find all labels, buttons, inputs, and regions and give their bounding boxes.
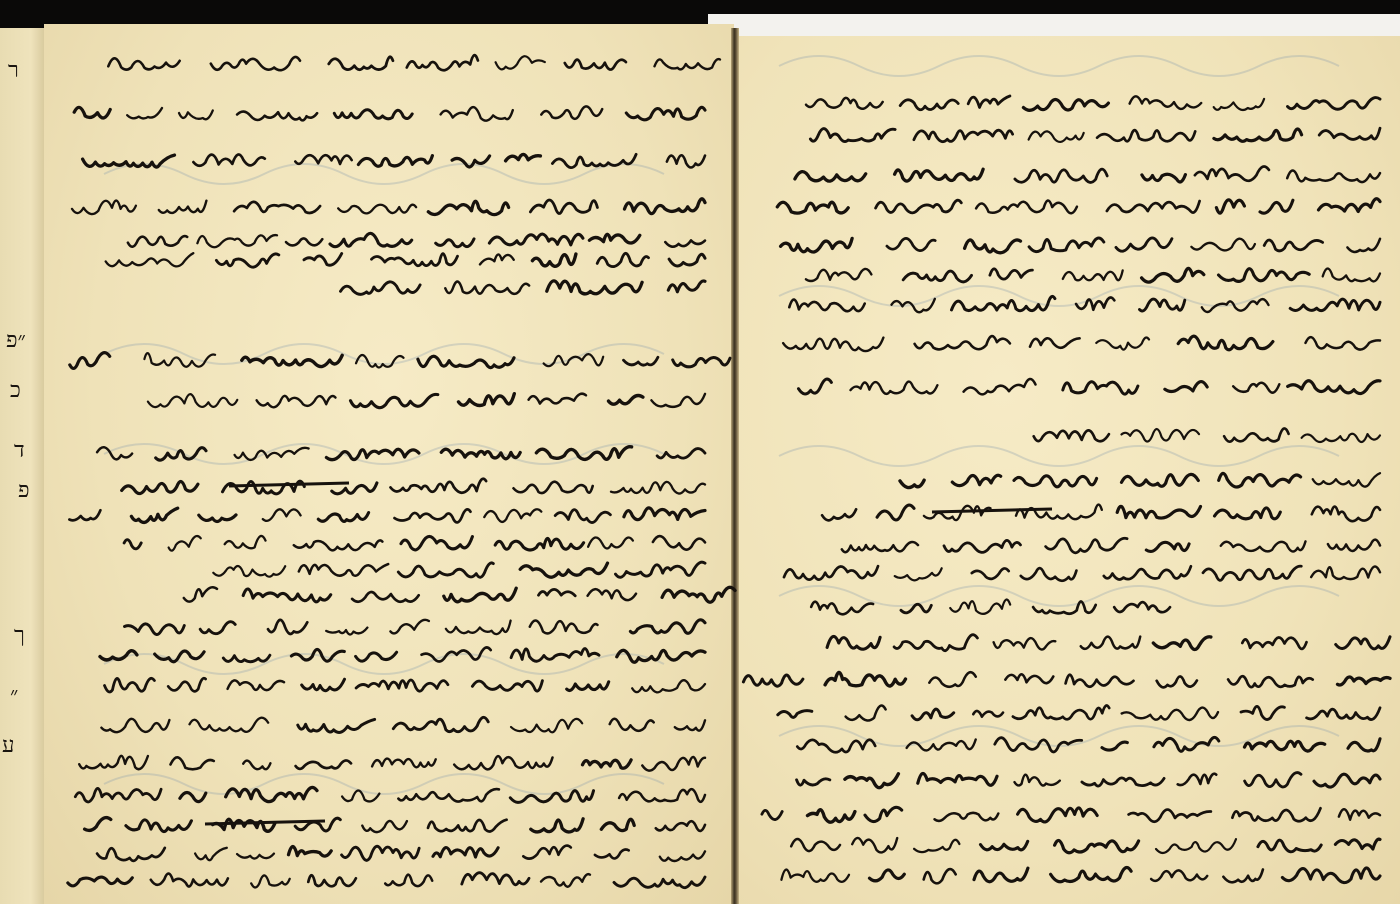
margin-mark: ר xyxy=(8,60,19,82)
margin-mark: ״פ xyxy=(6,330,26,352)
handwritten-line: [handwritten line – illegible] xyxy=(762,807,1380,822)
handwritten-line: [handwritten line – illegible] xyxy=(213,562,705,577)
margin-mark: ך xyxy=(14,625,25,647)
handwritten-line: [handwritten line – illegible] xyxy=(70,353,730,369)
handwritten-line: [handwritten line – illegible] xyxy=(68,873,705,888)
handwritten-line: [handwritten line – illegible] xyxy=(795,166,1380,182)
handwritten-line: [handwritten line – illegible] xyxy=(811,600,1170,615)
handwritten-line: [handwritten line – illegible] xyxy=(125,620,706,635)
handwritten-line: [handwritten line – illegible] xyxy=(842,538,1380,553)
handwritten-line: [handwritten line – illegible] xyxy=(797,773,1380,788)
handwritten-line: [handwritten line – illegible] xyxy=(79,756,705,771)
handwritten-line: [handwritten line – illegible] xyxy=(108,55,720,70)
handwritten-line: [handwritten line – illegible] xyxy=(97,846,705,861)
handwritten-line: [handwritten line – illegible] xyxy=(101,717,705,732)
handwritten-line: [handwritten line – illegible] xyxy=(743,672,1390,687)
handwritten-line: [handwritten line – illegible] xyxy=(827,635,1390,651)
handwritten-line: [handwritten line – illegible] xyxy=(105,678,706,692)
margin-mark: ד xyxy=(14,440,25,462)
margin-mark: ״ xyxy=(10,685,18,707)
handwritten-line: [handwritten line – illegible] xyxy=(810,128,1380,142)
handwritten-line: [handwritten line – illegible, partly st… xyxy=(822,505,1380,522)
handwritten-line: [handwritten line – illegible] xyxy=(1034,428,1380,442)
handwritten-line: [handwritten line – illegible] xyxy=(106,253,705,267)
handwritten-line: [handwritten line – illegible] xyxy=(777,199,1380,214)
handwritten-line: [handwritten line – illegible] xyxy=(83,154,705,167)
handwritten-line: [handwritten line – illegible, partly st… xyxy=(85,818,705,833)
handwritten-line: [handwritten line – illegible] xyxy=(900,473,1380,487)
handwritten-line: [handwritten line – illegible] xyxy=(341,281,706,294)
handwritten-line: [handwritten line – illegible] xyxy=(128,233,705,247)
margin-mark: ע xyxy=(2,735,14,757)
handwritten-line: [handwritten line – illegible] xyxy=(791,838,1380,853)
margin-mark: פ xyxy=(18,480,30,502)
handwritten-line: [handwritten line – illegible] xyxy=(778,706,1380,721)
handwritten-line: [handwritten line – illegible] xyxy=(72,199,705,215)
handwritten-line: [handwritten line – illegible] xyxy=(184,587,735,602)
margin-mark: כ xyxy=(10,380,21,402)
handwritten-line: [handwritten line – illegible] xyxy=(784,566,1380,581)
handwritten-line: [handwritten line – illegible] xyxy=(148,394,705,408)
handwritten-line: [handwritten line – illegible] xyxy=(789,296,1380,312)
handwritten-line: [handwritten line – illegible] xyxy=(74,106,705,120)
handwritten-line: [handwritten line – illegible] xyxy=(783,336,1380,351)
handwritten-line: [handwritten line – illegible] xyxy=(781,238,1380,253)
handwritten-line: [handwritten line – illegible] xyxy=(806,268,1380,282)
handwritten-line: [handwritten line – illegible] xyxy=(100,647,705,662)
handwritten-line: [handwritten line – illegible] xyxy=(97,447,705,460)
handwritten-line: [handwritten line – illegible, partly st… xyxy=(122,479,705,494)
handwritten-line: [handwritten line – illegible] xyxy=(781,868,1380,884)
handwritten-line: [handwritten line – illegible] xyxy=(799,379,1381,394)
handwritten-line: [handwritten line – illegible] xyxy=(75,787,705,802)
handwritten-line: [handwritten line – illegible] xyxy=(69,508,705,523)
handwritten-line: [handwritten line – illegible] xyxy=(806,96,1380,110)
handwriting-layer: [handwritten line – illegible][handwritt… xyxy=(0,0,1400,904)
handwritten-line: [handwritten line – illegible] xyxy=(797,737,1380,752)
handwritten-line: [handwritten line – illegible] xyxy=(124,536,705,551)
